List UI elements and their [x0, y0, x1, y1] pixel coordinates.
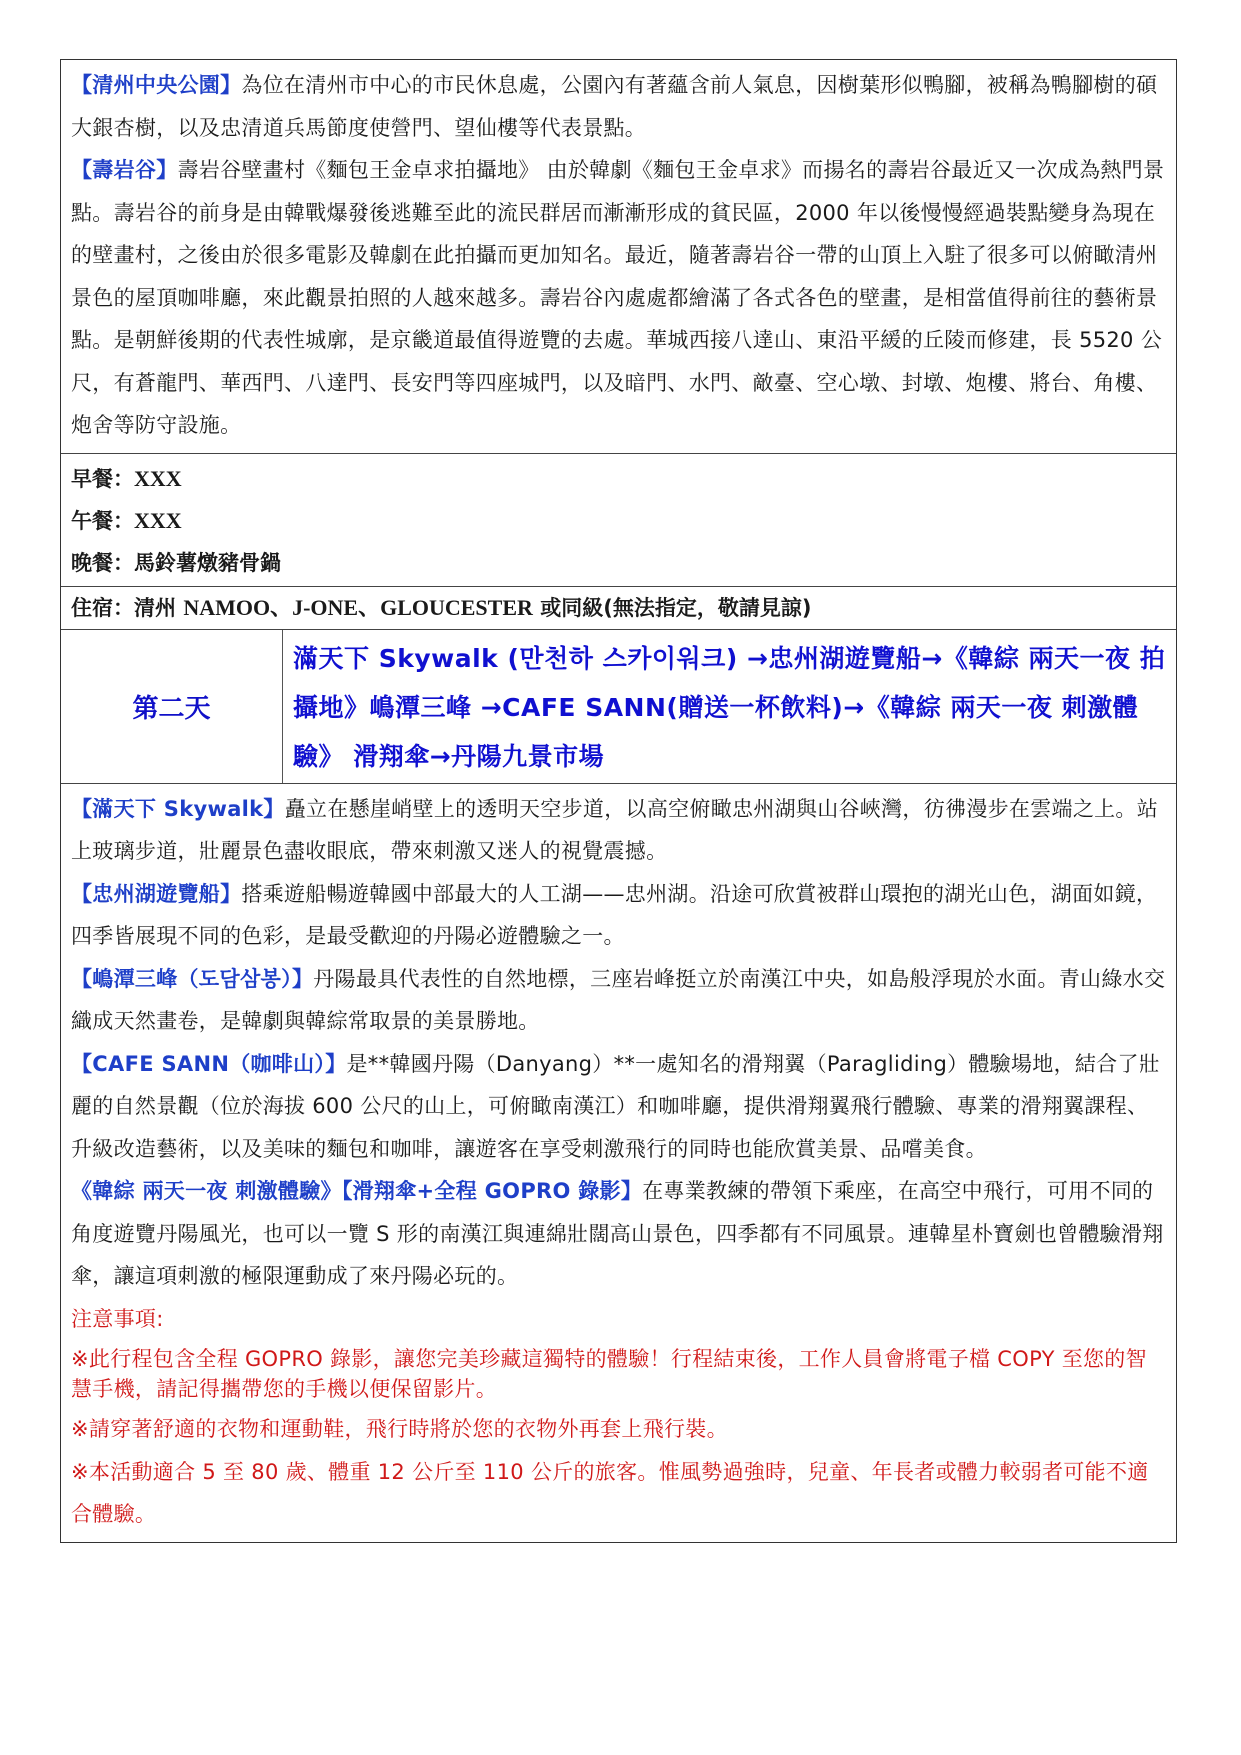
dinner-label: 晚餐：: [71, 551, 134, 575]
attraction-title: 【滿天下 Skywalk】: [71, 797, 285, 821]
paragraph-qingzhou-park: 【清州中央公園】為位在清州市中心的市民休息處，公園內有著蘊含前人氣息，因樹葉形似…: [71, 64, 1166, 149]
notes-section: 注意事項: ※此行程包含全程 GOPRO 錄影，讓您完美珍藏這獨特的體驗！行程結…: [71, 1298, 1166, 1536]
paragraph-chungju-cruise: 【忠州湖遊覽船】搭乘遊船暢遊韓國中部最大的人工湖——忠州湖。沿途可欣賞被群山環抱…: [71, 873, 1166, 958]
note-item: ※本活動適合 5 至 80 歲、體重 12 公斤至 110 公斤的旅客。惟風勢過…: [71, 1451, 1166, 1536]
attraction-title: 【嶋潭三峰（도담삼봉）】: [71, 967, 313, 991]
lodging-hotels: NAMOO、J-ONE、GLOUCESTER: [183, 595, 533, 620]
lodging-label: 住宿：: [71, 596, 134, 620]
note-item: ※請穿著舒適的衣物和運動鞋，飛行時將於您的衣物外再套上飛行裝。: [71, 1408, 1166, 1451]
day-route: 滿天下 Skywalk (만천하 스카이워크) →忠州湖遊覽船→《韓綜 兩天一夜…: [283, 630, 1176, 783]
dinner-line: 晚餐：馬鈴薯燉豬骨鍋: [71, 542, 1166, 584]
attraction-title: 【壽岩谷】: [71, 158, 178, 182]
dinner-value: 馬鈴薯燉豬骨鍋: [134, 551, 281, 575]
note-item: ※此行程包含全程 GOPRO 錄影，讓您完美珍藏這獨特的體驗！行程結束後，工作人…: [71, 1340, 1166, 1408]
paragraph-dodamsambong: 【嶋潭三峰（도담삼봉）】丹陽最具代表性的自然地標，三座岩峰挺立於南漢江中央，如島…: [71, 958, 1166, 1043]
attraction-body: 壽岩谷壁畫村《麵包王金卓求拍攝地》 由於韓劇《麵包王金卓求》而揚名的壽岩谷最近又…: [71, 158, 1164, 437]
attractions-description-day2: 【滿天下 Skywalk】矗立在懸崖峭壁上的透明天空步道，以高空俯瞰忠州湖與山谷…: [61, 784, 1176, 1542]
lunch-line: 午餐：XXX: [71, 500, 1166, 542]
notes-heading: 注意事項:: [71, 1298, 1166, 1341]
day-label: 第二天: [61, 630, 283, 783]
lodging-section: 住宿：清州 NAMOO、J-ONE、GLOUCESTER 或同級(無法指定，敬請…: [61, 587, 1176, 630]
paragraph-skywalk: 【滿天下 Skywalk】矗立在懸崖峭壁上的透明天空步道，以高空俯瞰忠州湖與山谷…: [71, 788, 1166, 873]
breakfast-line: 早餐：XXX: [71, 458, 1166, 500]
lodging-suffix: 或同級(無法指定，敬請見諒): [533, 596, 812, 620]
day2-header-row: 第二天 滿天下 Skywalk (만천하 스카이워크) →忠州湖遊覽船→《韓綜 …: [61, 630, 1176, 784]
attraction-title: 《韓綜 兩天一夜 刺激體驗》【滑翔傘+全程 GOPRO 錄影】: [71, 1179, 642, 1203]
attraction-title: 【CAFE SANN（咖啡山）】: [71, 1052, 347, 1076]
lunch-value: XXX: [134, 508, 182, 533]
paragraph-cafe-sann: 【CAFE SANN（咖啡山）】是**韓國丹陽（Danyang）**一處知名的滑…: [71, 1043, 1166, 1171]
paragraph-suamgol: 【壽岩谷】壽岩谷壁畫村《麵包王金卓求拍攝地》 由於韓劇《麵包王金卓求》而揚名的壽…: [71, 149, 1166, 447]
itinerary-table: 【清州中央公園】為位在清州市中心的市民休息處，公園內有著蘊含前人氣息，因樹葉形似…: [60, 59, 1177, 1543]
lunch-label: 午餐：: [71, 509, 134, 533]
paragraph-paragliding: 《韓綜 兩天一夜 刺激體驗》【滑翔傘+全程 GOPRO 錄影】在專業教練的帶領下…: [71, 1170, 1166, 1298]
attractions-description-day1: 【清州中央公園】為位在清州市中心的市民休息處，公園內有著蘊含前人氣息，因樹葉形似…: [61, 60, 1176, 454]
lodging-city: 清州: [134, 596, 183, 620]
meals-section: 早餐：XXX 午餐：XXX 晚餐：馬鈴薯燉豬骨鍋: [61, 454, 1176, 587]
attraction-title: 【忠州湖遊覽船】: [71, 882, 241, 906]
breakfast-value: XXX: [134, 466, 182, 491]
breakfast-label: 早餐：: [71, 467, 134, 491]
attraction-title: 【清州中央公園】: [71, 73, 241, 97]
